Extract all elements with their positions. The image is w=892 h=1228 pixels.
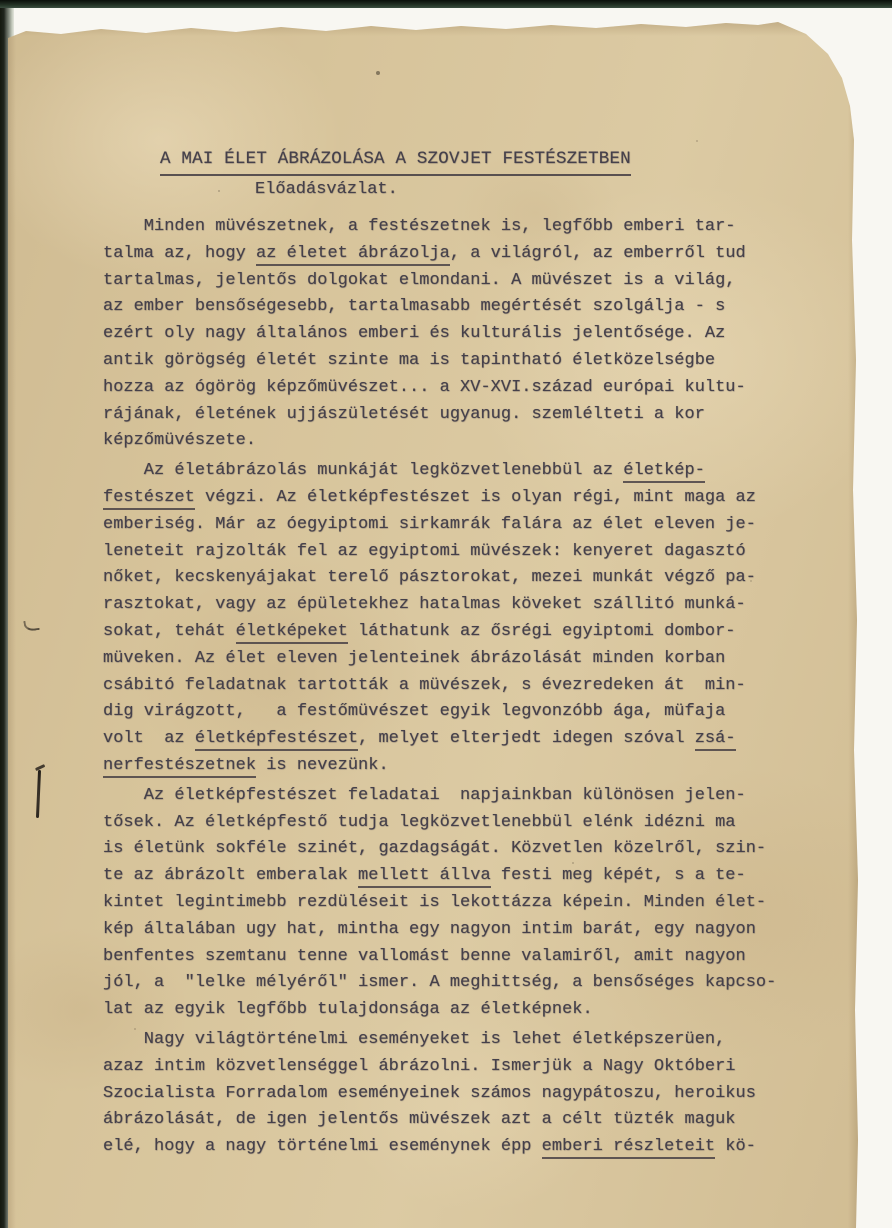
text-line: leneteit rajzolták fel az egyiptomi müvé…: [103, 539, 860, 566]
text-line: festészet végzi. Az életképfestészet is …: [103, 485, 860, 512]
document-subtitle: Előadásvázlat.: [255, 176, 860, 203]
text-line: emberiség. Már az óegyiptomi sirkamrák f…: [103, 512, 860, 539]
text-line: ezért oly nagy általános emberi és kultu…: [103, 321, 860, 348]
text-line: nőket, kecskenyájakat terelő pásztorokat…: [103, 565, 860, 592]
text-line: tősek. Az életképfestő tudja legközvetle…: [103, 810, 860, 837]
typewritten-content: A MAI ÉLET ÁBRÁZOLÁSA A SZOVJET FESTÉSZE…: [6, 20, 860, 1164]
text-line: elé, hogy a nagy történelmi eseménynek é…: [103, 1134, 860, 1161]
text-line: csábitó feladatnak tartották a müvészek,…: [103, 673, 860, 700]
text-line: antik görögség életét szinte ma is tapin…: [103, 348, 860, 375]
text-line: ábrázolását, de igen jelentős müvészek a…: [103, 1107, 860, 1134]
paragraph: Az életképfestészet feladatai napjainkba…: [103, 783, 860, 1024]
text-line: dig virágzott, a festőmüvészet egyik leg…: [103, 699, 860, 726]
text-line: rasztokat, vagy az épületekhez hatalmas …: [103, 592, 860, 619]
text-line: képzőmüvészete.: [103, 428, 860, 455]
text-line: müveken. Az élet eleven jelenteinek ábrá…: [103, 646, 860, 673]
text-line: nerfestészetnek is nevezünk.: [103, 753, 860, 780]
text-line: benfentes szemtanu tenne vallomást benne…: [103, 944, 860, 971]
scan-background: { "document": { "title": "A MAI ÉLET ÁBR…: [0, 0, 892, 1228]
paragraph: Minden müvészetnek, a festészetnek is, l…: [103, 214, 860, 455]
paragraph: Nagy világtörténelmi eseményeket is lehe…: [103, 1027, 860, 1161]
text-line: Szocialista Forradalom eseményeinek szám…: [103, 1081, 860, 1108]
paragraph: Az életábrázolás munkáját legközvetleneb…: [103, 458, 860, 780]
document-title: A MAI ÉLET ÁBRÁZOLÁSA A SZOVJET FESTÉSZE…: [160, 146, 631, 176]
document-body: Minden müvészetnek, a festészetnek is, l…: [103, 214, 860, 1161]
text-line: tartalmas, jelentős dolgokat elmondani. …: [103, 268, 860, 295]
document-page: A MAI ÉLET ÁBRÁZOLÁSA A SZOVJET FESTÉSZE…: [6, 20, 860, 1228]
text-line: Az életképfestészet feladatai napjainkba…: [103, 783, 860, 810]
text-line: is életünk sokféle szinét, gazdagságát. …: [103, 836, 860, 863]
text-line: rájának, életének ujjászületését ugyanug…: [103, 402, 860, 429]
text-line: Minden müvészetnek, a festészetnek is, l…: [103, 214, 860, 241]
text-line: kintet legintimebb rezdüléseit is lekott…: [103, 890, 860, 917]
text-line: az ember bensőségesebb, tartalmasabb meg…: [103, 294, 860, 321]
text-line: Az életábrázolás munkáját legközvetleneb…: [103, 458, 860, 485]
text-line: lat az egyik legfőbb tulajdonsága az éle…: [103, 997, 860, 1024]
text-line: talma az, hogy az életet ábrázolja, a vi…: [103, 241, 860, 268]
text-line: hozza az ógörög képzőmüvészet... a XV-XV…: [103, 375, 860, 402]
text-line: volt az életképfestészet, melyet elterje…: [103, 726, 860, 753]
scan-edge-top: [0, 0, 892, 8]
text-line: Nagy világtörténelmi eseményeket is lehe…: [103, 1027, 860, 1054]
title-row: A MAI ÉLET ÁBRÁZOLÁSA A SZOVJET FESTÉSZE…: [103, 146, 860, 176]
text-line: jól, a "lelke mélyéről" ismer. A meghitt…: [103, 970, 860, 997]
text-line: sokat, tehát életképeket láthatunk az ős…: [103, 619, 860, 646]
text-line: te az ábrázolt emberalak mellett állva f…: [103, 863, 860, 890]
text-line: azaz intim közvetlenséggel ábrázolni. Is…: [103, 1054, 860, 1081]
text-line: kép általában ugy hat, mintha egy nagyon…: [103, 917, 860, 944]
